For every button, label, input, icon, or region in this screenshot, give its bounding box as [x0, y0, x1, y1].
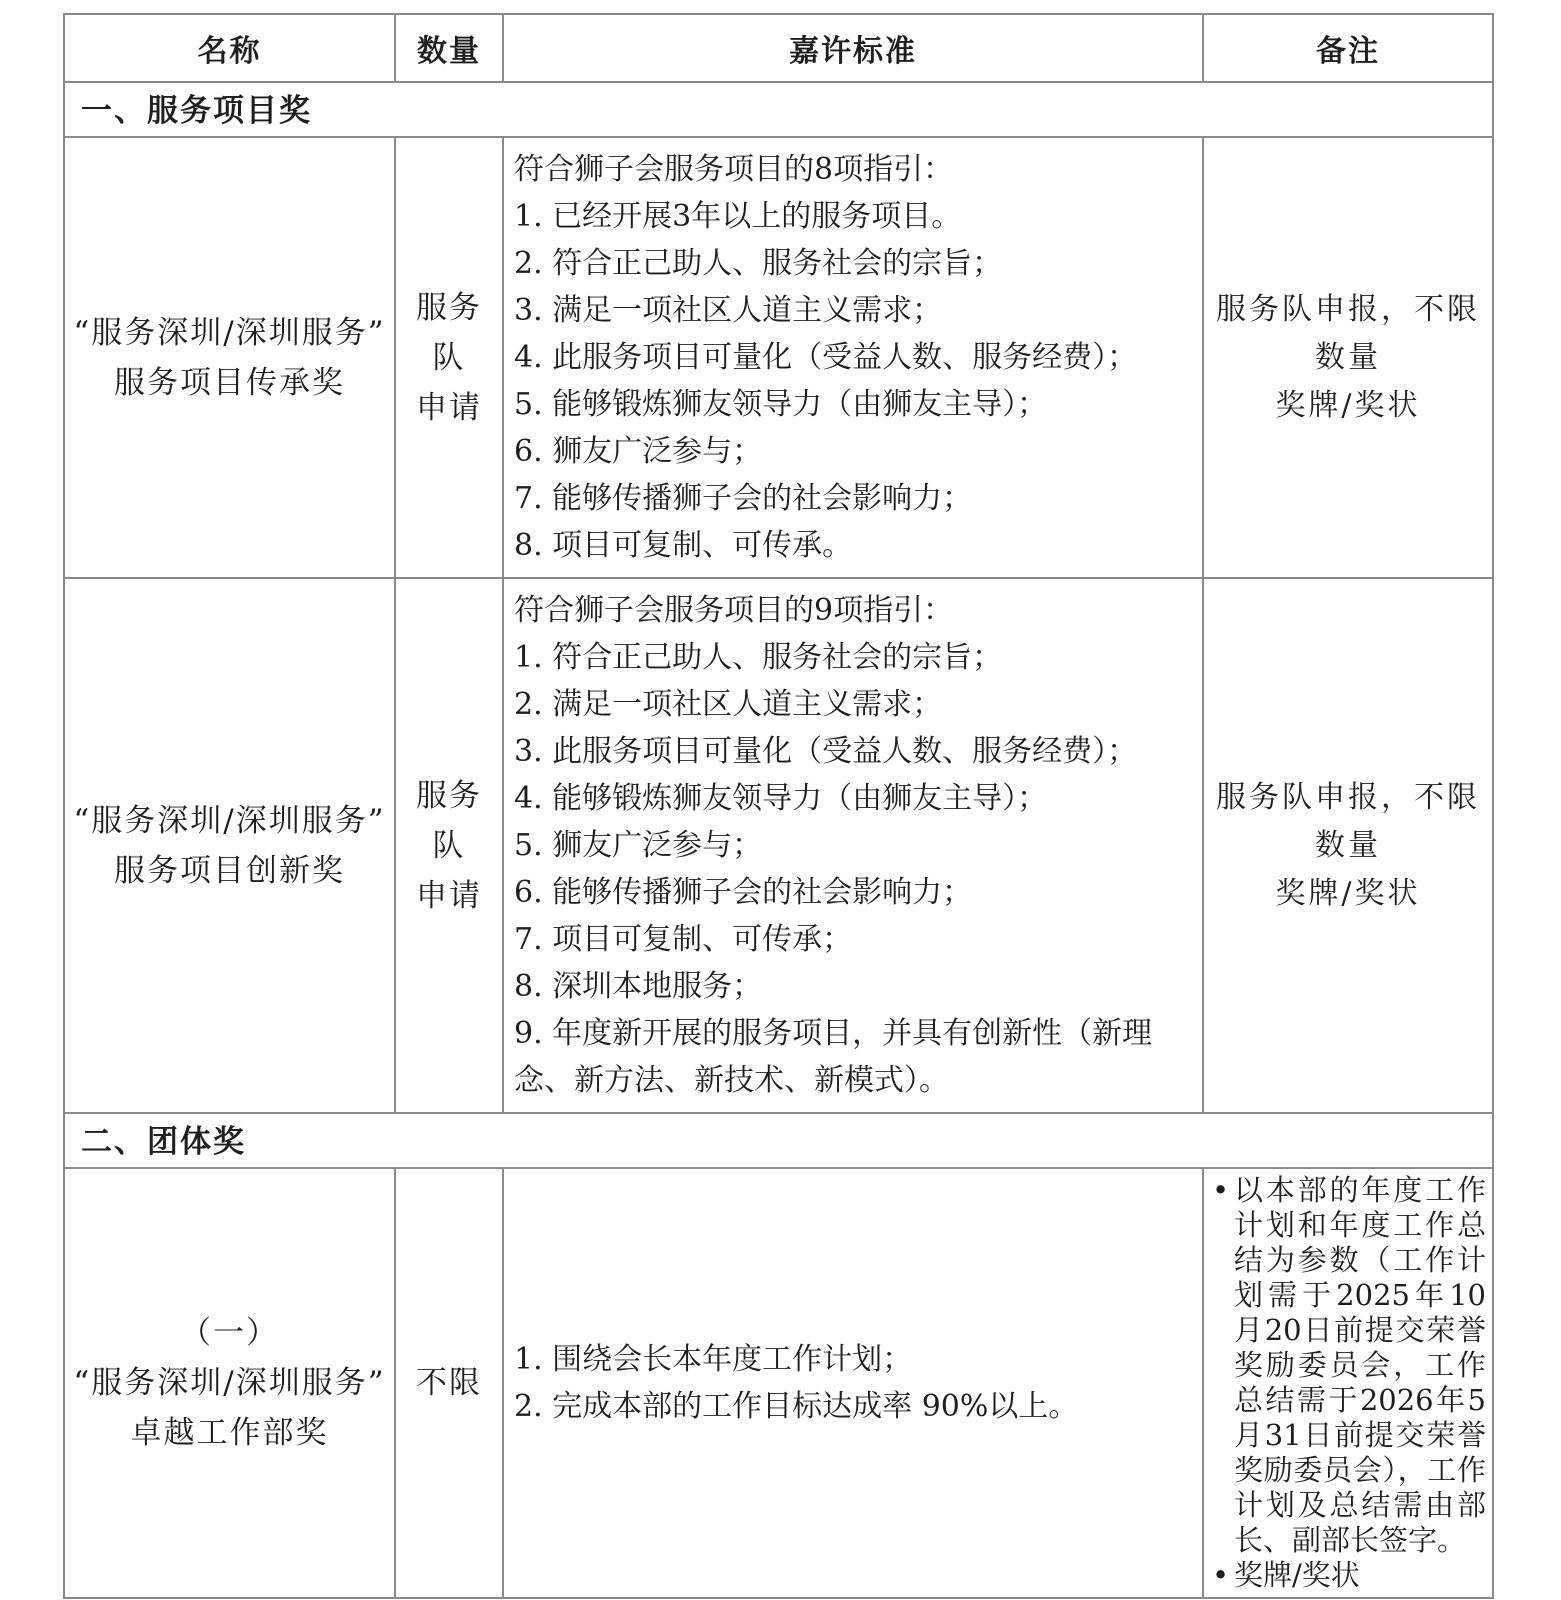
- header-cell-name: 名称: [64, 14, 395, 82]
- award-criteria-cell: 1. 围绕会长本年度工作计划；2. 完成本部的工作目标达成率 90%以上。: [503, 1168, 1203, 1598]
- document-page: 名称 数量 嘉许标准 备注 一、服务项目奖“服务深圳/深圳服务”服务项目传承奖服…: [0, 0, 1561, 1600]
- criteria-line: 8. 深圳本地服务；: [514, 963, 1194, 1010]
- awards-table-body: 一、服务项目奖“服务深圳/深圳服务”服务项目传承奖服务队申请符合狮子会服务项目的…: [64, 82, 1493, 1598]
- criteria-line: 5. 能够锻炼狮友领导力（由狮友主导）；: [514, 381, 1194, 428]
- remark-bullet-list: •以本部的年度工作计划和年度工作总结为参数（工作计划需于2025年10月20日前…: [1210, 1173, 1486, 1593]
- criteria-line: 6. 能够传播狮子会的社会影响力；: [514, 869, 1194, 916]
- award-criteria-cell: 符合狮子会服务项目的8项指引：1. 已经开展3年以上的服务项目。2. 符合正己助…: [503, 137, 1203, 578]
- remark-bullet-item: •以本部的年度工作计划和年度工作总结为参数（工作计划需于2025年10月20日前…: [1210, 1173, 1486, 1558]
- criteria-line: 1. 符合正己助人、服务社会的宗旨；: [514, 634, 1194, 681]
- section-title: 一、服务项目奖: [64, 82, 1493, 137]
- award-quantity-cell: 不限: [395, 1168, 503, 1598]
- award-criteria-cell: 符合狮子会服务项目的9项指引：1. 符合正己助人、服务社会的宗旨；2. 满足一项…: [503, 578, 1203, 1113]
- award-name-line: 卓越工作部奖: [71, 1408, 388, 1458]
- remark-line: 数量: [1210, 334, 1486, 382]
- header-row: 名称 数量 嘉许标准 备注: [64, 14, 1493, 82]
- award-row: （一）“服务深圳/深圳服务”卓越工作部奖不限1. 围绕会长本年度工作计划；2. …: [64, 1168, 1493, 1598]
- award-quantity-line: 服务队: [402, 771, 496, 871]
- remark-line: 奖牌/奖状: [1210, 870, 1486, 918]
- section-row: 一、服务项目奖: [64, 82, 1493, 137]
- award-quantity-line: 服务队: [402, 283, 496, 383]
- remark-line: 服务队申报，不限: [1210, 286, 1486, 334]
- criteria-line: 1. 围绕会长本年度工作计划；: [514, 1336, 1194, 1383]
- award-quantity-cell: 服务队申请: [395, 578, 503, 1113]
- remark-bullet-text: 以本部的年度工作计划和年度工作总结为参数（工作计划需于2025年10月20日前提…: [1234, 1173, 1486, 1557]
- section-row: 二、团体奖: [64, 1113, 1493, 1168]
- award-name-line: “服务深圳/深圳服务”: [71, 1358, 388, 1408]
- remark-line: 服务队申报，不限: [1210, 774, 1486, 822]
- bullet-icon: •: [1212, 1558, 1229, 1593]
- bullet-icon: •: [1212, 1173, 1229, 1208]
- remark-line: 数量: [1210, 822, 1486, 870]
- award-remark-cell: 服务队申报，不限数量奖牌/奖状: [1203, 137, 1493, 578]
- header-cell-quantity: 数量: [395, 14, 503, 82]
- header-cell-criteria: 嘉许标准: [503, 14, 1203, 82]
- section-title: 二、团体奖: [64, 1113, 1493, 1168]
- award-remark-cell: •以本部的年度工作计划和年度工作总结为参数（工作计划需于2025年10月20日前…: [1203, 1168, 1493, 1598]
- criteria-line: 7. 能够传播狮子会的社会影响力；: [514, 475, 1194, 522]
- criteria-line: 8. 项目可复制、可传承。: [514, 522, 1194, 569]
- criteria-line: 4. 此服务项目可量化（受益人数、服务经费）；: [514, 334, 1194, 381]
- award-name-line: （一）: [71, 1308, 388, 1358]
- award-row: “服务深圳/深圳服务”服务项目传承奖服务队申请符合狮子会服务项目的8项指引：1.…: [64, 137, 1493, 578]
- remark-text-block: 服务队申报，不限数量奖牌/奖状: [1210, 774, 1486, 918]
- award-row: “服务深圳/深圳服务”服务项目创新奖服务队申请符合狮子会服务项目的9项指引：1.…: [64, 578, 1493, 1113]
- criteria-line: 1. 已经开展3年以上的服务项目。: [514, 193, 1194, 240]
- header-cell-remark: 备注: [1203, 14, 1493, 82]
- award-quantity-cell: 服务队申请: [395, 137, 503, 578]
- criteria-line: 符合狮子会服务项目的9项指引：: [514, 587, 1194, 634]
- award-name-line: “服务深圳/深圳服务”: [71, 796, 388, 846]
- criteria-line: 2. 符合正己助人、服务社会的宗旨；: [514, 240, 1194, 287]
- award-name-line: 服务项目传承奖: [71, 358, 388, 408]
- remark-bullet-item: •奖牌/奖状: [1210, 1558, 1486, 1593]
- remark-bullet-text: 奖牌/奖状: [1234, 1558, 1360, 1592]
- criteria-line: 2. 满足一项社区人道主义需求；: [514, 681, 1194, 728]
- award-name-cell: “服务深圳/深圳服务”服务项目传承奖: [64, 137, 395, 578]
- criteria-line: 9. 年度新开展的服务项目，并具有创新性（新理念、新方法、新技术、新模式）。: [514, 1010, 1194, 1104]
- award-quantity-line: 不限: [402, 1358, 496, 1408]
- criteria-line: 符合狮子会服务项目的8项指引：: [514, 146, 1194, 193]
- award-name-cell: （一）“服务深圳/深圳服务”卓越工作部奖: [64, 1168, 395, 1598]
- remark-text-block: 服务队申报，不限数量奖牌/奖状: [1210, 286, 1486, 430]
- criteria-line: 2. 完成本部的工作目标达成率 90%以上。: [514, 1383, 1194, 1430]
- award-remark-cell: 服务队申报，不限数量奖牌/奖状: [1203, 578, 1493, 1113]
- awards-table: 名称 数量 嘉许标准 备注 一、服务项目奖“服务深圳/深圳服务”服务项目传承奖服…: [63, 13, 1494, 1599]
- criteria-line: 4. 能够锻炼狮友领导力（由狮友主导）；: [514, 775, 1194, 822]
- criteria-line: 6. 狮友广泛参与；: [514, 428, 1194, 475]
- award-name-line: 服务项目创新奖: [71, 846, 388, 896]
- award-name-cell: “服务深圳/深圳服务”服务项目创新奖: [64, 578, 395, 1113]
- criteria-line: 3. 满足一项社区人道主义需求；: [514, 287, 1194, 334]
- award-quantity-line: 申请: [402, 871, 496, 921]
- remark-line: 奖牌/奖状: [1210, 382, 1486, 430]
- criteria-line: 7. 项目可复制、可传承；: [514, 916, 1194, 963]
- award-name-line: “服务深圳/深圳服务”: [71, 308, 388, 358]
- award-quantity-line: 申请: [402, 383, 496, 433]
- criteria-line: 5. 狮友广泛参与；: [514, 822, 1194, 869]
- criteria-line: 3. 此服务项目可量化（受益人数、服务经费）；: [514, 728, 1194, 775]
